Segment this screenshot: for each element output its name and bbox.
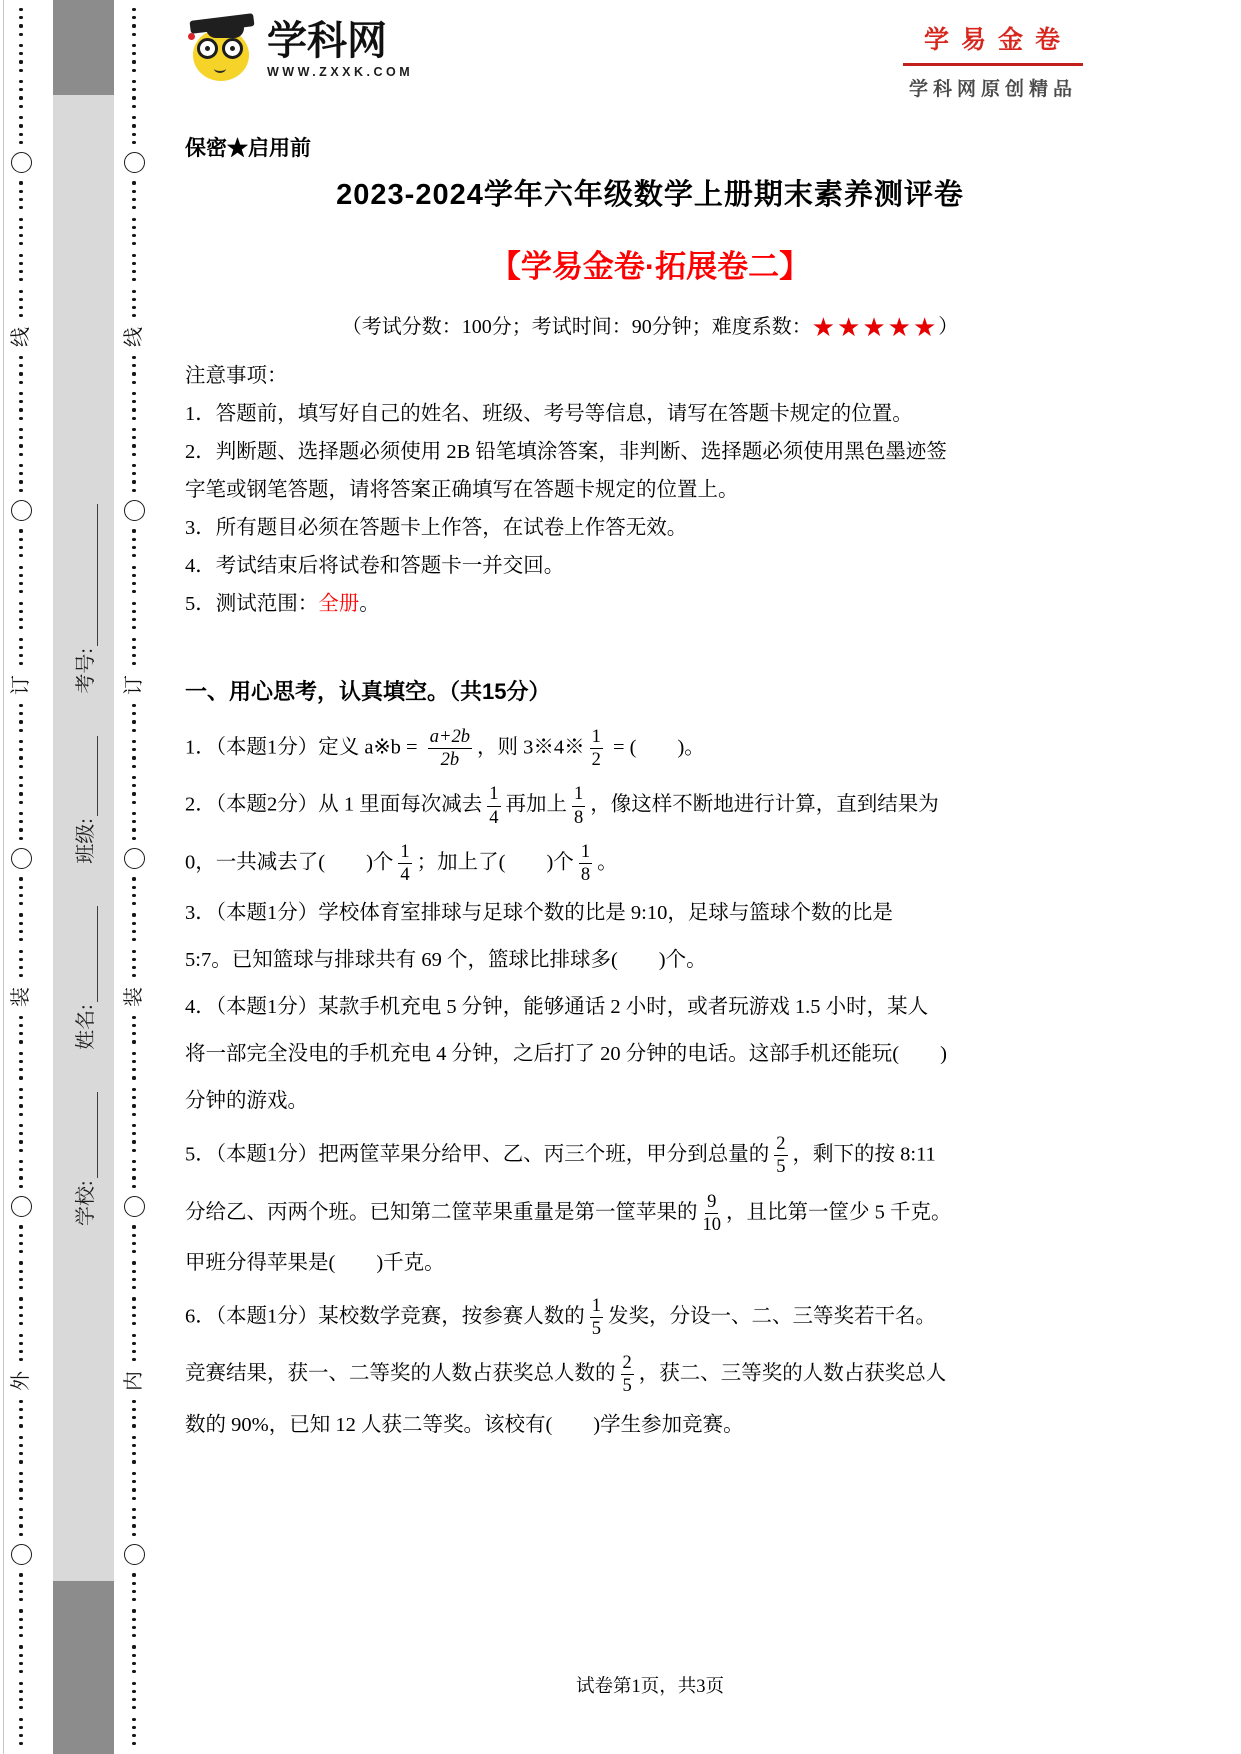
- dotted-line-dots: [132, 1472, 135, 1500]
- fraction: a+2b2b: [428, 726, 472, 771]
- dotted-line-dots: [132, 428, 135, 456]
- question-line: 1．（本题1分）定义 a※b = a+2b2b，则 3※4※12 = ( )。: [185, 726, 1115, 771]
- note-line: 4．考试结束后将试卷和答题卡一并交回。: [185, 547, 1115, 585]
- glasses-right-icon: [222, 38, 243, 59]
- badge-title: 学易金卷: [903, 20, 1083, 66]
- dotted-line-dots: [132, 913, 135, 941]
- smile-icon: [214, 64, 226, 73]
- dotted-line-dots: [19, 1573, 22, 1601]
- binding-char: 订: [10, 675, 32, 695]
- question-text: 发奖，分设一、二、三等奖若干名。: [608, 1305, 936, 1327]
- question-text: 数的 90%，已知 12 人获二等奖。该校有( )学生参加竞赛。: [185, 1414, 744, 1436]
- dotted-line-dots: [132, 638, 135, 666]
- dotted-line-dots: [132, 1124, 135, 1152]
- dotted-line-dots: [19, 638, 22, 666]
- dotted-line-dots: [19, 44, 22, 72]
- question-line: 4．（本题1分）某款手机充电 5 分钟，能够通话 2 小时，或者玩游戏 1.5 …: [185, 992, 1115, 1022]
- note-line: 3．所有题目必须在答题卡上作答，在试卷上作答无效。: [185, 509, 1115, 547]
- question-text: 再加上: [506, 794, 568, 816]
- dotted-line-dots: [132, 529, 135, 557]
- question-line: 将一部完全没电的手机充电 4 分钟，之后打了 20 分钟的电话。这部手机还能玩(…: [185, 1039, 1115, 1069]
- question-text: ；加上了( )个: [417, 851, 574, 873]
- dotted-line-dots: [19, 80, 22, 108]
- question-text: 3．（本题1分）学校体育室排球与足球个数的比是 9:10，足球与篮球个数的比是: [185, 902, 893, 924]
- fraction: 25: [774, 1133, 787, 1178]
- dotted-line-dots: [19, 950, 22, 978]
- question-text: 。: [597, 851, 618, 873]
- dotted-line-dots: [132, 740, 135, 768]
- dotted-line-dots: [19, 1400, 22, 1428]
- class-field: 班级:: [69, 736, 98, 864]
- dotted-line-dots: [132, 8, 135, 36]
- dotted-line-dots: [19, 8, 22, 36]
- binding-hole-circle: [11, 1544, 32, 1565]
- fraction: 18: [572, 783, 585, 828]
- dotted-line-dots: [19, 1472, 22, 1500]
- dotted-line-dots: [132, 1682, 135, 1710]
- dotted-line-dots: [19, 1645, 22, 1673]
- class-label: 班级:: [69, 818, 98, 864]
- dotted-line-dots: [132, 1645, 135, 1673]
- school-field: 学校:: [69, 1092, 98, 1226]
- dotted-line-dots: [19, 218, 22, 246]
- question-line: 3．（本题1分）学校体育室排球与足球个数的比是 9:10，足球与篮球个数的比是: [185, 898, 1115, 928]
- student-name-label: 姓名:: [69, 1004, 98, 1050]
- dotted-line-dots: [19, 181, 22, 209]
- questions: 1．（本题1分）定义 a※b = a+2b2b，则 3※4※12 = ( )。2…: [185, 726, 1115, 1440]
- question-line: 数的 90%，已知 12 人获二等奖。该校有( )学生参加竞赛。: [185, 1410, 1115, 1440]
- fraction: 18: [579, 841, 592, 886]
- scope-highlight: 全册: [318, 593, 359, 615]
- question-text: = ( )。: [608, 736, 705, 758]
- fraction: 14: [487, 783, 500, 828]
- question-text: 6．（本题1分）某校数学竞赛，按参赛人数的: [185, 1305, 585, 1327]
- binding-char: 装: [10, 987, 32, 1007]
- dotted-line-dots: [132, 116, 135, 144]
- dotted-line-dots: [132, 950, 135, 978]
- note-line: 字笔或钢笔答题，请将答案正确填写在答题卡规定的位置上。: [185, 471, 1115, 509]
- dotted-line-dots: [19, 704, 22, 732]
- dotted-line-dots: [19, 1682, 22, 1710]
- dotted-line-dots: [132, 877, 135, 905]
- dotted-line-dots: [132, 1718, 135, 1746]
- binding-char: 线: [10, 327, 32, 347]
- dotted-line-dots: [132, 392, 135, 420]
- note-line: 2．判断题、选择题必须使用 2B 铅笔填涂答案，非判断、选择题必须使用黑色墨迹签: [185, 433, 1115, 471]
- dotted-line-dots: [132, 1573, 135, 1601]
- owl-mascot-icon: [193, 16, 255, 82]
- dotted-line-dots: [132, 464, 135, 492]
- dotted-line-dots: [19, 1261, 22, 1289]
- question-text: 0，一共减去了( )个: [185, 851, 393, 873]
- question-line: 5:7。已知篮球与排球共有 69 个，篮球比排球多( )个。: [185, 945, 1115, 975]
- dotted-line-dots: [19, 1016, 22, 1044]
- question-line: 分给乙、丙两个班。已知第二筐苹果重量是第一筐苹果的910，且比第一筐少 5 千克…: [185, 1191, 1115, 1236]
- glasses-left-icon: [197, 38, 218, 59]
- question-2: 2．（本题2分）从 1 里面每次减去14再加上18，像这样不断地进行计算，直到结…: [185, 783, 1115, 886]
- binding-char: 内: [123, 1371, 145, 1391]
- dotted-line-dots: [132, 1334, 135, 1362]
- school-label: 学校:: [69, 1180, 98, 1226]
- class-blank-line: [93, 736, 98, 816]
- question-text: 5:7。已知篮球与排球共有 69 个，篮球比排球多( )个。: [185, 949, 707, 971]
- notes-title: 注意事项：: [185, 357, 1115, 395]
- dotted-line-dots: [132, 290, 135, 318]
- binding-char: 装: [123, 987, 145, 1007]
- secrecy-notice: 保密★启用前: [185, 132, 1115, 162]
- dotted-line-dots: [132, 1609, 135, 1637]
- dotted-line-dots: [19, 290, 22, 318]
- dotted-line-dots: [132, 1016, 135, 1044]
- dotted-line-dots: [19, 1609, 22, 1637]
- student-name-blank-line: [93, 906, 98, 1002]
- exam-subtitle: 【学易金卷·拓展卷二】: [185, 241, 1115, 286]
- dotted-line-dots: [19, 740, 22, 768]
- dotted-line-dots: [132, 356, 135, 384]
- binding-hole-circle: [124, 152, 145, 173]
- badge-subtitle: 学科网原创精品: [903, 74, 1083, 101]
- dotted-line-dots: [19, 1297, 22, 1325]
- binding-hole-circle: [11, 152, 32, 173]
- dotted-line-dots: [132, 1052, 135, 1080]
- section-1-title: 一、用心思考，认真填空。（共15分）: [185, 675, 1115, 706]
- question-line: 0，一共减去了( )个14；加上了( )个18。: [185, 841, 1115, 886]
- dotted-line-dots: [19, 392, 22, 420]
- binding-strip-top: [53, 0, 114, 95]
- exam-no-field: 考号:: [69, 504, 98, 694]
- page-number: 试卷第1页，共3页: [185, 1672, 1115, 1698]
- dotted-line-dots: [19, 566, 22, 594]
- tassel-icon: [188, 33, 195, 40]
- logo-text: 学科网 WWW.ZXXK.COM: [267, 20, 413, 79]
- dotted-line-dots: [19, 776, 22, 804]
- dotted-line-dots: [132, 566, 135, 594]
- binding-fields: 学校:姓名:班级:考号:: [54, 500, 112, 1230]
- binding-line-inner: 线订装内: [121, 8, 147, 1746]
- dotted-line-dots: [19, 116, 22, 144]
- dotted-line-dots: [19, 356, 22, 384]
- fraction: 910: [703, 1191, 722, 1236]
- question-text: ，剩下的按 8:11: [793, 1144, 936, 1166]
- question-text: ，且比第一筐少 5 千克。: [726, 1201, 952, 1223]
- dotted-line-dots: [132, 1225, 135, 1253]
- question-line: 2．（本题2分）从 1 里面每次减去14再加上18，像这样不断地进行计算，直到结…: [185, 783, 1115, 828]
- note-line-scope: 5．测试范围：全册。: [185, 585, 1115, 623]
- fraction: 25: [621, 1352, 634, 1397]
- question-text: ，获二、三等奖的人数占获奖总人: [639, 1363, 947, 1385]
- binding-hole-circle: [124, 1544, 145, 1565]
- dotted-line-dots: [132, 704, 135, 732]
- dotted-line-dots: [132, 1160, 135, 1188]
- dotted-line-dots: [19, 1508, 22, 1536]
- dotted-line-dots: [132, 1400, 135, 1428]
- question-6: 6．（本题1分）某校数学竞赛，按参赛人数的15发奖，分设一、二、三等奖若干名。竞…: [185, 1295, 1115, 1440]
- dotted-line-dots: [19, 1052, 22, 1080]
- brand-name: 学科网: [267, 20, 413, 62]
- question-3: 3．（本题1分）学校体育室排球与足球个数的比是 9:10，足球与篮球个数的比是5…: [185, 898, 1115, 975]
- fraction: 14: [398, 841, 411, 886]
- dotted-line-dots: [132, 776, 135, 804]
- binding-hole-circle: [124, 1196, 145, 1217]
- dotted-line-dots: [19, 464, 22, 492]
- zxxk-logo: 学科网 WWW.ZXXK.COM: [193, 16, 413, 82]
- exam-no-blank-line: [93, 504, 98, 646]
- question-line: 5．（本题1分）把两筐苹果分给甲、乙、丙三个班，甲分到总量的25，剩下的按 8:…: [185, 1133, 1115, 1178]
- dotted-line-dots: [19, 1160, 22, 1188]
- dotted-line-dots: [132, 602, 135, 630]
- question-4: 4．（本题1分）某款手机充电 5 分钟，能够通话 2 小时，或者玩游戏 1.5 …: [185, 992, 1115, 1116]
- binding-line-outer: 线订装外: [8, 8, 34, 1746]
- dotted-line-dots: [132, 44, 135, 72]
- fraction: 12: [590, 726, 603, 771]
- question-text: ，像这样不断地进行计算，直到结果为: [590, 794, 939, 816]
- dotted-line-dots: [132, 1088, 135, 1116]
- dotted-line-dots: [132, 1436, 135, 1464]
- dotted-line-dots: [19, 1225, 22, 1253]
- question-1: 1．（本题1分）定义 a※b = a+2b2b，则 3※4※12 = ( )。: [185, 726, 1115, 771]
- page-edge-line: [3, 0, 4, 1754]
- exam-no-label: 考号:: [69, 648, 98, 694]
- note-line: 1．答题前，填写好自己的姓名、班级、考号等信息，请写在答题卡规定的位置。: [185, 395, 1115, 433]
- question-text: 4．（本题1分）某款手机充电 5 分钟，能够通话 2 小时，或者玩游戏 1.5 …: [185, 996, 928, 1018]
- dotted-line-dots: [132, 1508, 135, 1536]
- question-line: 6．（本题1分）某校数学竞赛，按参赛人数的15发奖，分设一、二、三等奖若干名。: [185, 1295, 1115, 1340]
- dotted-line-dots: [132, 254, 135, 282]
- dotted-line-dots: [19, 913, 22, 941]
- dotted-line-dots: [132, 218, 135, 246]
- binding-char: 线: [123, 327, 145, 347]
- dotted-line-dots: [132, 812, 135, 840]
- student-name-field: 姓名:: [69, 906, 98, 1050]
- dotted-line-dots: [19, 1124, 22, 1152]
- dotted-line-dots: [19, 812, 22, 840]
- dotted-line-dots: [19, 1334, 22, 1362]
- binding-hole-circle: [124, 500, 145, 521]
- binding-hole-circle: [124, 848, 145, 869]
- dotted-line-dots: [19, 1088, 22, 1116]
- exam-title: 2023-2024学年六年级数学上册期末素养测评卷: [185, 172, 1115, 213]
- fraction: 15: [590, 1295, 603, 1340]
- dotted-line-dots: [19, 254, 22, 282]
- dotted-line-dots: [19, 602, 22, 630]
- school-blank-line: [93, 1092, 98, 1178]
- info-prefix: （考试分数：100分；考试时间：90分钟；难度系数：: [342, 316, 812, 338]
- question-text: 甲班分得苹果是( )千克。: [185, 1252, 445, 1274]
- binding-char: 外: [10, 1371, 32, 1391]
- binding-hole-circle: [11, 1196, 32, 1217]
- question-text: 分给乙、丙两个班。已知第二筐苹果重量是第一筐苹果的: [185, 1201, 698, 1223]
- binding-hole-circle: [11, 500, 32, 521]
- dotted-line-dots: [19, 428, 22, 456]
- difficulty-stars: ★★★★★: [812, 313, 939, 342]
- gold-paper-badge: 学易金卷 学科网原创精品: [903, 20, 1083, 101]
- binding-hole-circle: [11, 848, 32, 869]
- exam-info-line: （考试分数：100分；考试时间：90分钟；难度系数：★★★★★）: [185, 310, 1115, 343]
- question-text: ，则 3※4※: [477, 736, 585, 758]
- dotted-line-dots: [19, 1718, 22, 1746]
- brand-url: WWW.ZXXK.COM: [267, 65, 413, 79]
- question-5: 5．（本题1分）把两筐苹果分给甲、乙、丙三个班，甲分到总量的25，剩下的按 8:…: [185, 1133, 1115, 1278]
- dotted-line-dots: [19, 877, 22, 905]
- notice-section: 注意事项： 1．答题前，填写好自己的姓名、班级、考号等信息，请写在答题卡规定的位…: [185, 357, 1115, 623]
- question-text: 分钟的游戏。: [185, 1090, 308, 1112]
- question-text: 5．（本题1分）把两筐苹果分给甲、乙、丙三个班，甲分到总量的: [185, 1144, 769, 1166]
- dotted-line-dots: [19, 529, 22, 557]
- info-suffix: ）: [938, 316, 958, 338]
- dotted-line-dots: [132, 1261, 135, 1289]
- page-header: 学科网 WWW.ZXXK.COM 学易金卷 学科网原创精品: [185, 16, 1115, 104]
- binding-strip-bottom: [53, 1581, 114, 1754]
- dotted-line-dots: [19, 1436, 22, 1464]
- question-text: 竞赛结果，获一、二等奖的人数占获奖总人数的: [185, 1363, 616, 1385]
- exam-page: 学科网 WWW.ZXXK.COM 学易金卷 学科网原创精品 保密★启用前 202…: [185, 0, 1115, 1457]
- question-line: 竞赛结果，获一、二等奖的人数占获奖总人数的25，获二、三等奖的人数占获奖总人: [185, 1352, 1115, 1397]
- dotted-line-dots: [132, 1297, 135, 1325]
- question-text: 2．（本题2分）从 1 里面每次减去: [185, 794, 482, 816]
- dotted-line-dots: [132, 80, 135, 108]
- question-line: 甲班分得苹果是( )千克。: [185, 1248, 1115, 1278]
- question-text: 1．（本题1分）定义 a※b =: [185, 736, 423, 758]
- dotted-line-dots: [132, 181, 135, 209]
- question-text: 将一部完全没电的手机充电 4 分钟，之后打了 20 分钟的电话。这部手机还能玩(…: [185, 1043, 947, 1065]
- binding-char: 订: [123, 675, 145, 695]
- question-line: 分钟的游戏。: [185, 1086, 1115, 1116]
